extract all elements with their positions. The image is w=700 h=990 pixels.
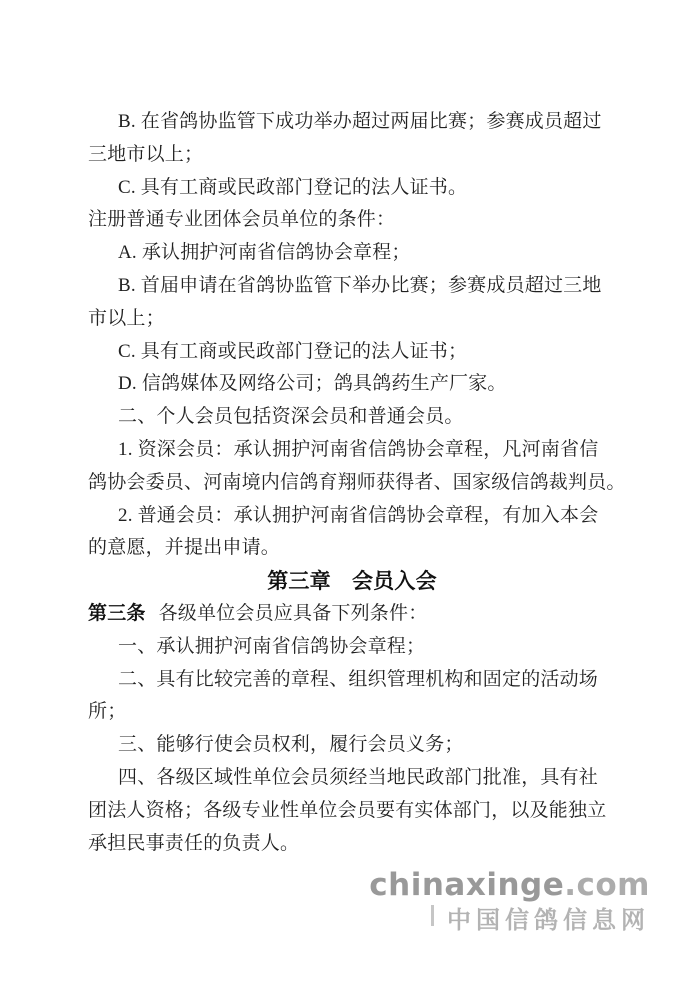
- article-text: 各级单位会员应具备下列条件：: [159, 603, 428, 624]
- text-line: 三、能够行使会员权利，履行会员义务；: [88, 729, 628, 762]
- text-line: 一、承认拥护河南省信鸽协会章程；: [88, 631, 628, 664]
- text-line: 二、具有比较完善的章程、组织管理机构和固定的活动场: [88, 664, 628, 697]
- article-line: 第三条各级单位会员应具备下列条件：: [88, 598, 628, 631]
- text-line: 四、各级区域性单位会员须经当地民政部门批准，具有社: [88, 762, 628, 795]
- site-watermark: chinaxinge.com 中国信鸽信息网: [369, 866, 650, 934]
- document-page: B. 在省鸽协监管下成功举办超过两届比赛；参赛成员超过 三地市以上； C. 具有…: [0, 0, 700, 990]
- text-line: 鸽协会委员、河南境内信鸽育翔师获得者、国家级信鸽裁判员。: [88, 467, 628, 500]
- text-line: 注册普通专业团体会员单位的条件：: [88, 204, 628, 237]
- text-line: 2. 普通会员：承认拥护河南省信鸽协会章程，有加入本会: [88, 500, 628, 533]
- text-line: 1. 资深会员：承认拥护河南省信鸽协会章程，凡河南省信: [88, 434, 628, 467]
- text-line: 的意愿，并提出申请。: [88, 532, 628, 565]
- text-line: A. 承认拥护河南省信鸽协会章程；: [88, 237, 628, 270]
- text-line: 市以上；: [88, 303, 628, 336]
- text-line: 团法人资格；各级专业性单位会员要有实体部门，以及能独立: [88, 795, 628, 828]
- text-line: C. 具有工商或民政部门登记的法人证书；: [88, 336, 628, 369]
- watermark-site-chinese-name: 中国信鸽信息网: [369, 906, 650, 934]
- watermark-domain: chinaxinge.com: [369, 866, 650, 904]
- text-line: D. 信鸽媒体及网络公司；鸽具鸽药生产厂家。: [88, 368, 628, 401]
- article-label: 第三条: [88, 603, 146, 624]
- text-line: 承担民事责任的负责人。: [88, 828, 628, 861]
- text-line: 二、个人会员包括资深会员和普通会员。: [88, 401, 628, 434]
- text-line: B. 在省鸽协监管下成功举办超过两届比赛；参赛成员超过: [88, 106, 628, 139]
- text-line: 三地市以上；: [88, 139, 628, 172]
- text-line: B. 首届申请在省鸽协监管下举办比赛；参赛成员超过三地: [88, 270, 628, 303]
- chapter-heading: 第三章 会员入会: [88, 565, 616, 598]
- document-body: B. 在省鸽协监管下成功举办超过两届比赛；参赛成员超过 三地市以上； C. 具有…: [88, 106, 628, 860]
- text-line: C. 具有工商或民政部门登记的法人证书。: [88, 172, 628, 205]
- text-line: 所；: [88, 696, 628, 729]
- watermark-site-name: chinaxinge: [369, 867, 564, 903]
- watermark-domain-suffix: .com: [564, 867, 650, 903]
